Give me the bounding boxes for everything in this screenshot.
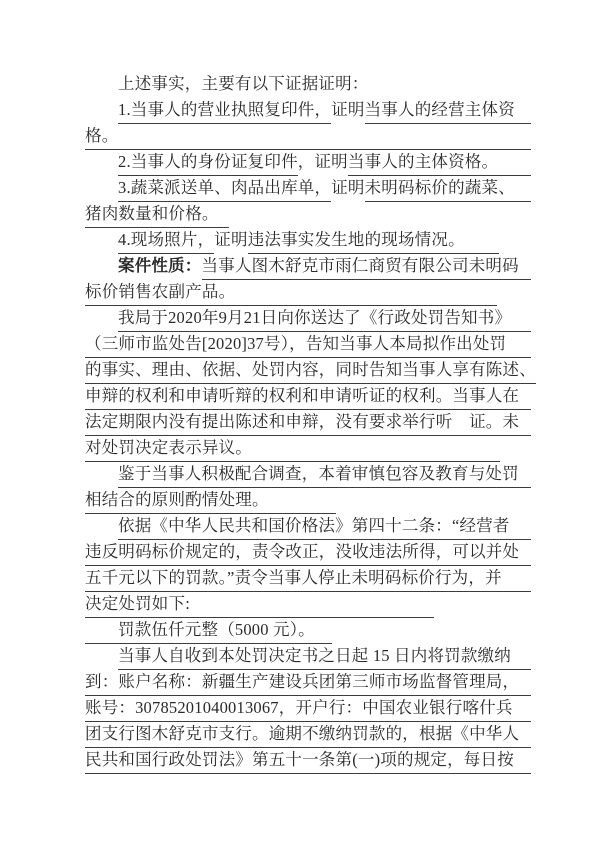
text-block: 上述事实，主要有以下证据证明：1.当事人的营业执照复印件，证明当事人的经营主体资… [85,72,531,774]
document-line: 猪肉数量和价格。 [85,202,531,228]
document-line: 标价销售农副产品。 [85,280,531,306]
underlined-text: 违法事实发生地的现场情况。 [248,228,465,254]
underline-extension [513,696,531,722]
underlined-text: 1.当事人的营业执照复印件， [118,98,331,124]
underline-extension [315,618,332,644]
document-line: 鉴于当事人积极配合调查，本着审慎包容及教育与处罚 [85,462,531,488]
document-line: 案件性质：当事人图木舒克市雨仁商贸有限公司未明码 [85,254,531,280]
underline-extension [519,722,531,748]
underline-extension [465,228,499,254]
underline-extension [519,670,531,696]
penalty-document-page: 上述事实，主要有以下证据证明：1.当事人的营业执照复印件，证明当事人的经营主体资… [0,0,600,848]
text: ，证明 [298,150,348,175]
text: 上述事实，主要有以下证据证明： [118,72,369,97]
underlined-text: 民共和国行政处罚法》第五十一条第(一)项的规定，每日按 [85,748,514,774]
underlined-text: 决定处罚如下: [85,592,190,618]
document-line: 违反明码标价规定的，责令改正，没收违法所得，可以并处 [85,540,531,566]
underlined-text: 的事实、理由、依据、处罚内容，同时告知当事人享有陈述、 [85,358,536,384]
underlined-text: 标价销售农副产品。 [85,280,235,306]
underlined-text: 五千元以下的罚款。”责令当事人停止未明码标价行为，并 [85,566,502,592]
underline-extension [519,254,531,280]
underlined-text: 团支行图木舒克市支行。逾期不缴纳罚款的，根据《中华人 [85,722,519,748]
underline-extension [252,436,500,462]
document-line: 团支行图木舒克市支行。逾期不缴纳罚款的，根据《中华人 [85,722,531,748]
underline-extension [190,592,434,618]
underlined-text [85,618,118,644]
underlined-text: 当事人的经营主体资 [365,98,515,124]
document-line: 法定期限内没有提出陈述和申辩，没有要求举行听 证。未 [85,410,531,436]
underline-extension [519,462,531,488]
underline-extension [515,176,531,202]
underlined-text: 鉴于当事人积极配合调查，本着审慎包容及教育与处罚 [118,462,519,488]
underline-extension [519,410,531,436]
underlined-text: 格。 [85,124,118,150]
underlined-text: 违反明码标价规定的，责令改正，没收违法所得，可以并处 [85,540,519,566]
underlined-text: 相结合的原则酌情处理。 [85,488,269,514]
underline-extension [506,332,531,358]
underlined-text: 到：账户名称：新疆生产建设兵团第三师市场监督管理局， [85,670,519,696]
underline-extension [511,306,531,332]
document-line: 格。 [85,124,531,150]
document-line: 依据《中华人民共和国价格法》第四十二条：“经营者 [85,514,531,540]
underline-extension [515,98,531,124]
underlined-text: 账号：30785201040013067，开户行：中国农业银行喀什兵 [85,696,513,722]
document-line: 相结合的原则酌情处理。 [85,488,531,514]
underlined-text: 当事人的主体资格。 [348,150,498,176]
document-line: 的事实、理由、依据、处罚内容，同时告知当事人享有陈述、 [85,358,531,384]
underline-extension [118,124,531,150]
document-line: 账号：30785201040013067，开户行：中国农业银行喀什兵 [85,696,531,722]
document-line: （三师市监处告[2020]37号），告知当事人本局拟作出处罚 [85,332,531,358]
underlined-text: 对处罚决定表示异议。 [85,436,252,462]
document-line: 到：账户名称：新疆生产建设兵团第三师市场监督管理局， [85,670,531,696]
underlined-text: 3.蔬菜派送单、肉品出库单， [118,176,331,202]
underlined-text: （三师市监处告[2020]37号），告知当事人本局拟作出处罚 [85,332,506,358]
underlined-text: 罚款伍仟元整（5000 元）。 [118,618,315,644]
underlined-text: 当事人自收到本处罚决定书之日起 15 日内将罚款缴纳 [118,644,511,670]
document-line: 4.现场照片，证明违法事实发生地的现场情况。 [85,228,531,254]
document-line: 申辩的权利和申请听辩的权利和申请听证的权利。当事人在 [85,384,531,410]
document-line: 我局于2020年9月21日向你送达了《行政处罚告知书》 [85,306,531,332]
document-line: 罚款伍仟元整（5000 元）。 [85,618,531,644]
underlined-text: 猪肉数量和价格。 [85,202,219,228]
document-line: 3.蔬菜派送单、肉品出库单，证明未明码标价的蔬菜、 [85,176,531,202]
underline-extension [269,488,336,514]
underline-extension [498,150,531,176]
text: 案件性质： [118,254,202,279]
underline-extension [519,384,531,410]
underlined-text: 依据《中华人民共和国价格法》第四十二条：“经营者 [118,514,510,540]
underline-extension [502,566,531,592]
document-line: 1.当事人的营业执照复印件，证明当事人的经营主体资 [85,98,531,124]
underlined-text: 4.现场照片， [118,228,214,254]
underline-extension [511,644,531,670]
document-line: 2.当事人的身份证复印件，证明当事人的主体资格。 [85,150,531,176]
underlined-text: 2.当事人的身份证复印件 [118,150,298,176]
underlined-text: 当事人图木舒克市雨仁商贸有限公司未明码 [202,254,519,280]
document-line: 决定处罚如下: [85,592,531,618]
document-line: 对处罚决定表示异议。 [85,436,531,462]
text: 证明 [331,176,364,201]
underlined-text: 未明码标价的蔬菜、 [365,176,515,202]
text: 证明 [331,98,364,123]
document-line: 五千元以下的罚款。”责令当事人停止未明码标价行为，并 [85,566,531,592]
underline-extension [219,202,229,228]
document-line: 民共和国行政处罚法》第五十一条第(一)项的规定，每日按 [85,748,531,774]
underline-extension [514,748,531,774]
underline-extension [235,280,497,306]
document-line: 当事人自收到本处罚决定书之日起 15 日内将罚款缴纳 [85,644,531,670]
underlined-text: 申辩的权利和申请听辩的权利和申请听证的权利。当事人在 [85,384,519,410]
underlined-text: 法定期限内没有提出陈述和申辩，没有要求举行听 证。未 [85,410,519,436]
underlined-text: 我局于2020年9月21日向你送达了《行政处罚告知书》 [118,306,511,332]
text: 证明 [214,228,247,253]
document-line: 上述事实，主要有以下证据证明： [85,72,531,98]
underline-extension [519,540,531,566]
underline-extension [510,514,531,540]
